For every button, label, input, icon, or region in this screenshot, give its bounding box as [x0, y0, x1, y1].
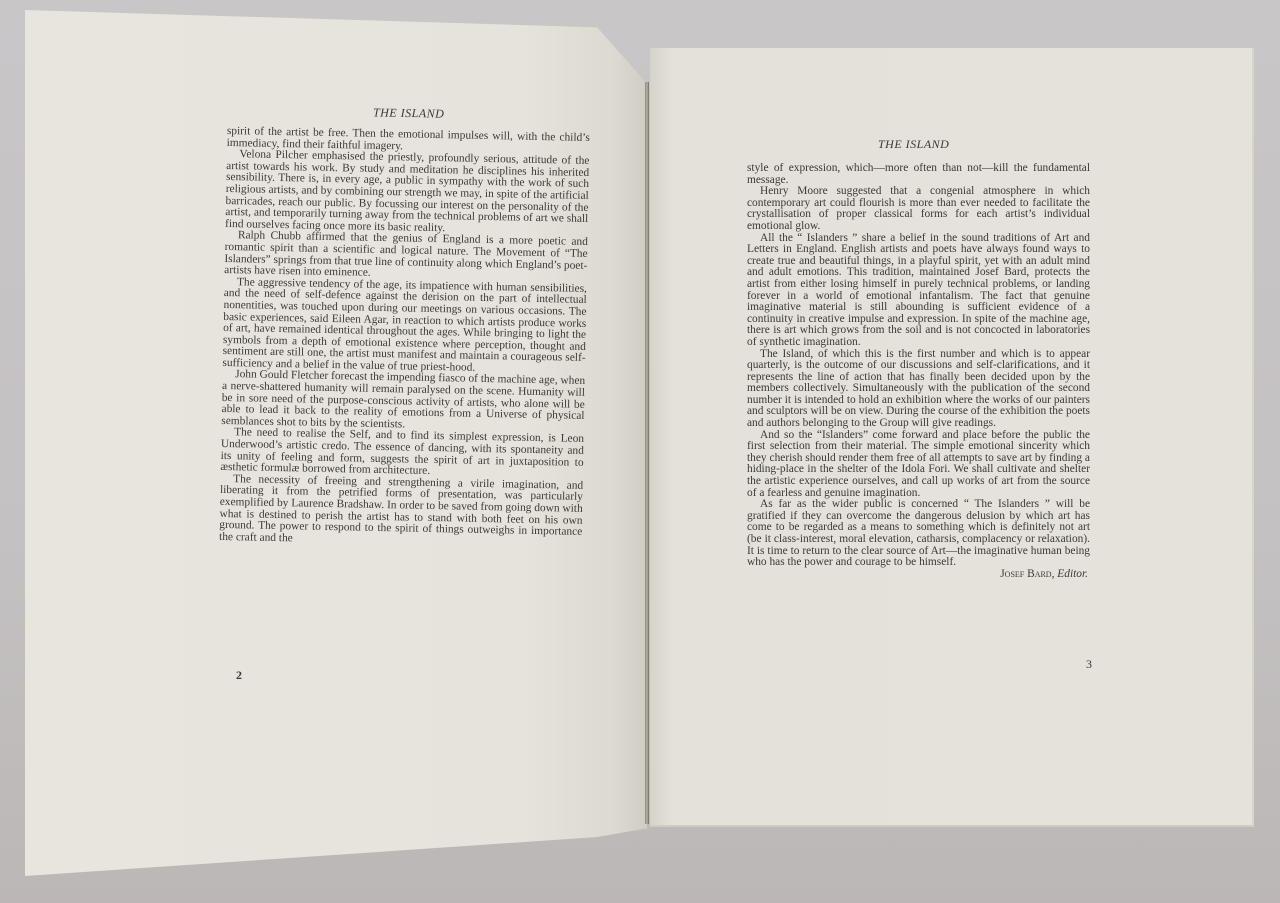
right-page-body: style of expression, which—more often th…	[747, 163, 1090, 580]
editor-role: Editor.	[1057, 568, 1088, 580]
paragraph: The need to realise the Self, and to fin…	[220, 427, 584, 480]
left-running-head: THE ISLAND	[373, 105, 445, 121]
editor-signature: Josef Bard, Editor.	[747, 569, 1090, 581]
paragraph: All the “ Islanders ” share a belief in …	[747, 233, 1090, 349]
paragraph: The aggressive tendency of the age, its …	[222, 277, 587, 377]
right-page-number: 3	[1086, 657, 1092, 672]
paragraph: John Gould Fletcher forecast the impendi…	[221, 369, 585, 434]
paragraph: As far as the wider public is concerned …	[747, 499, 1090, 569]
paragraph: style of expression, which—more often th…	[747, 163, 1090, 186]
paragraph: The necessity of freeing and strengtheni…	[219, 474, 583, 551]
right-running-head: THE ISLAND	[878, 137, 949, 152]
paragraph: The Island, of which this is the first n…	[747, 349, 1090, 430]
paragraph: Velona Pilcher emphasised the priestly, …	[225, 149, 589, 237]
book-spine	[645, 82, 649, 824]
left-page-body: spirit of the artist be free. Then the e…	[219, 126, 590, 550]
paragraph: And so the “Islanders” come forward and …	[747, 430, 1090, 500]
left-page-number: 2	[236, 668, 242, 683]
editor-name: Josef Bard,	[1000, 568, 1054, 580]
paragraph: Ralph Chubb affirmed that the genius of …	[224, 230, 588, 283]
paragraph: Henry Moore suggested that a congenial a…	[747, 186, 1090, 232]
